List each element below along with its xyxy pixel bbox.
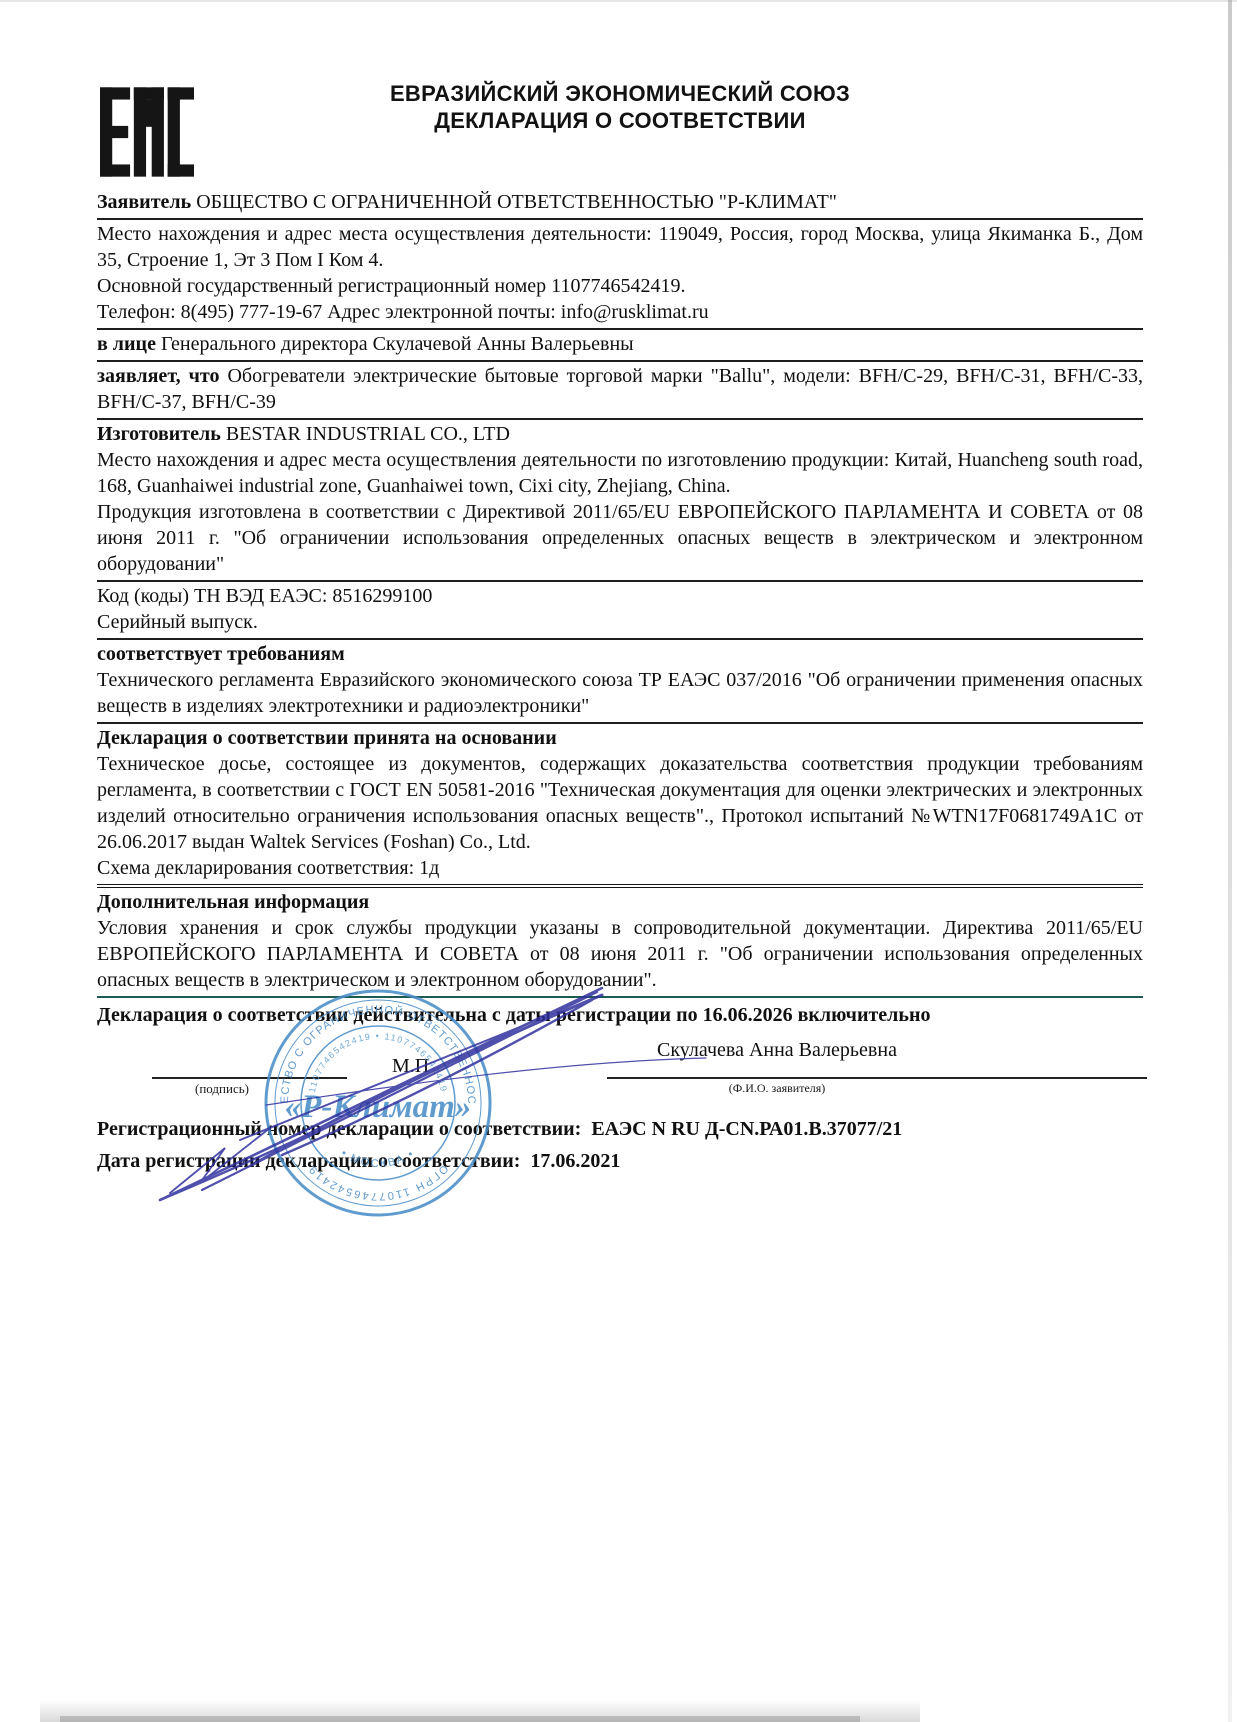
document-title: ЕВРАЗИЙСКИЙ ЭКОНОМИЧЕСКИЙ СОЮЗ ДЕКЛАРАЦИ… bbox=[250, 80, 990, 134]
section-manufacturer: Изготовитель BESTAR INDUSTRIAL CO., LTD … bbox=[97, 420, 1143, 582]
section-product-codes: Код (коды) ТН ВЭД ЕАЭС: 8516299100 Серий… bbox=[97, 582, 1143, 640]
additional-label: Дополнительная информация bbox=[97, 889, 1143, 915]
scan-artifact-bottom-line bbox=[60, 1716, 860, 1722]
section-applicant-name: Заявитель ОБЩЕСТВО С ОГРАНИЧЕННОЙ ОТВЕТС… bbox=[97, 188, 1143, 220]
serial-issue: Серийный выпуск. bbox=[97, 609, 1143, 635]
scan-artifact-right bbox=[1228, 0, 1232, 1722]
applicant-line: Заявитель ОБЩЕСТВО С ОГРАНИЧЕННОЙ ОТВЕТС… bbox=[97, 189, 1143, 215]
title-union: ЕВРАЗИЙСКИЙ ЭКОНОМИЧЕСКИЙ СОЮЗ bbox=[250, 80, 990, 107]
declares-label: заявляет, что bbox=[97, 365, 219, 387]
section-compliance: соответствует требованиям Технического р… bbox=[97, 640, 1143, 724]
scan-artifact-top bbox=[0, 0, 1237, 2]
section-applicant-details: Место нахождения и адрес места осуществл… bbox=[97, 220, 1143, 330]
manufacturer-name: BESTAR INDUSTRIAL CO., LTD bbox=[226, 423, 510, 445]
represented-label: в лице bbox=[97, 333, 156, 355]
title-declaration: ДЕКЛАРАЦИЯ О СООТВЕТСТВИИ bbox=[250, 107, 990, 134]
basis-scheme: Схема декларирования соответствия: 1д bbox=[97, 855, 1143, 881]
manufacturer-directive: Продукция изготовлена в соответствии с Д… bbox=[97, 499, 1143, 577]
represented-line: в лице Генерального директора Скулачевой… bbox=[97, 331, 1143, 357]
applicant-label: Заявитель bbox=[97, 191, 191, 213]
applicant-name: ОБЩЕСТВО С ОГРАНИЧЕННОЙ ОТВЕТСТВЕННОСТЬЮ… bbox=[196, 191, 837, 213]
document-body: Заявитель ОБЩЕСТВО С ОГРАНИЧЕННОЙ ОТВЕТС… bbox=[97, 188, 1143, 998]
tnved-code: Код (коды) ТН ВЭД ЕАЭС: 8516299100 bbox=[97, 583, 1143, 609]
declares-text: Обогреватели электрические бытовые торго… bbox=[97, 365, 1143, 413]
declares-line: заявляет, что Обогреватели электрические… bbox=[97, 363, 1143, 415]
compliance-text: Технического регламента Евразийского эко… bbox=[97, 667, 1143, 719]
represented-text: Генерального директора Скулачевой Анны В… bbox=[161, 333, 634, 355]
manufacturer-label: Изготовитель bbox=[97, 423, 221, 445]
basis-text: Техническое досье, состоящее из документ… bbox=[97, 751, 1143, 855]
applicant-address: Место нахождения и адрес места осуществл… bbox=[97, 221, 1143, 273]
manufacturer-address: Место нахождения и адрес места осуществл… bbox=[97, 447, 1143, 499]
applicant-phone: Телефон: 8(495) 777-19-67 Адрес электрон… bbox=[97, 299, 1143, 325]
declaration-page: ЕВРАЗИЙСКИЙ ЭКОНОМИЧЕСКИЙ СОЮЗ ДЕКЛАРАЦИ… bbox=[0, 0, 1237, 1722]
applicant-ogrn: Основной государственный регистрационный… bbox=[97, 273, 1143, 299]
section-represented-by: в лице Генерального директора Скулачевой… bbox=[97, 330, 1143, 362]
eac-logo-icon bbox=[100, 84, 194, 180]
handwritten-signature bbox=[140, 948, 730, 1223]
basis-label: Декларация о соответствии принята на осн… bbox=[97, 725, 1143, 751]
section-declares: заявляет, что Обогреватели электрические… bbox=[97, 362, 1143, 420]
compliance-label: соответствует требованиям bbox=[97, 641, 1143, 667]
manufacturer-line: Изготовитель BESTAR INDUSTRIAL CO., LTD bbox=[97, 421, 1143, 447]
section-basis: Декларация о соответствии принята на осн… bbox=[97, 724, 1143, 888]
